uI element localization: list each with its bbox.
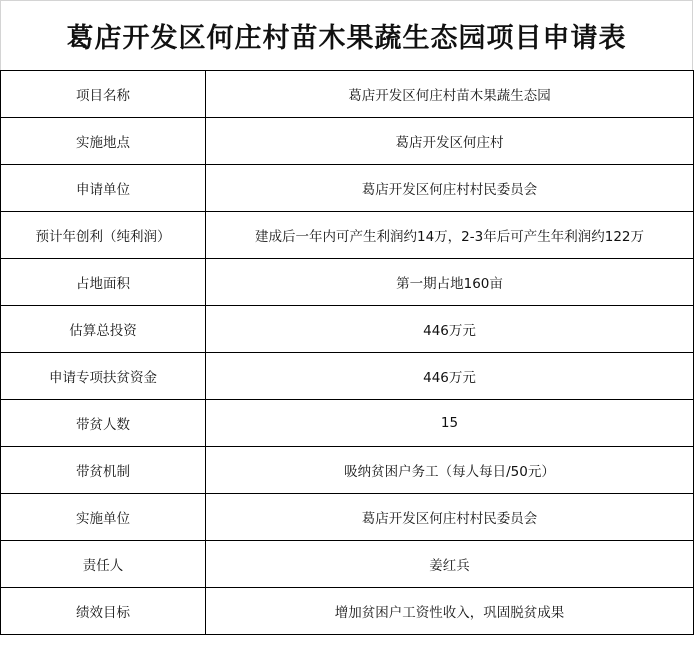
row-value: 吸纳贫困户务工（每人每日/50元） [206, 447, 694, 494]
table-row: 实施地点 葛店开发区何庄村 [1, 118, 694, 165]
row-label: 实施单位 [1, 494, 206, 541]
table-row: 申请单位 葛店开发区何庄村村民委员会 [1, 165, 694, 212]
row-label: 带贫人数 [1, 400, 206, 447]
document-title: 葛店开发区何庄村苗木果蔬生态园项目申请表 [67, 16, 627, 55]
table-row: 申请专项扶贫资金 446万元 [1, 353, 694, 400]
table-row: 带贫机制 吸纳贫困户务工（每人每日/50元） [1, 447, 694, 494]
table-row: 实施单位 葛店开发区何庄村村民委员会 [1, 494, 694, 541]
application-table: 项目名称 葛店开发区何庄村苗木果蔬生态园 实施地点 葛店开发区何庄村 申请单位 … [0, 70, 694, 635]
row-value: 15 [206, 400, 694, 447]
table-row: 估算总投资 446万元 [1, 306, 694, 353]
row-label: 带贫机制 [1, 447, 206, 494]
row-value: 葛店开发区何庄村村民委员会 [206, 494, 694, 541]
table-row: 占地面积 第一期占地160亩 [1, 259, 694, 306]
row-value: 葛店开发区何庄村村民委员会 [206, 165, 694, 212]
row-value: 增加贫困户工资性收入，巩固脱贫成果 [206, 588, 694, 635]
row-label: 估算总投资 [1, 306, 206, 353]
row-label: 项目名称 [1, 71, 206, 118]
row-label: 占地面积 [1, 259, 206, 306]
title-box: 葛店开发区何庄村苗木果蔬生态园项目申请表 [0, 0, 693, 70]
table-row: 带贫人数 15 [1, 400, 694, 447]
row-label: 绩效目标 [1, 588, 206, 635]
row-value: 446万元 [206, 306, 694, 353]
row-value: 第一期占地160亩 [206, 259, 694, 306]
table-row: 项目名称 葛店开发区何庄村苗木果蔬生态园 [1, 71, 694, 118]
row-label: 预计年创利（纯利润） [1, 212, 206, 259]
row-label: 责任人 [1, 541, 206, 588]
row-value: 姜红兵 [206, 541, 694, 588]
row-value: 葛店开发区何庄村 [206, 118, 694, 165]
row-value: 葛店开发区何庄村苗木果蔬生态园 [206, 71, 694, 118]
row-label: 申请单位 [1, 165, 206, 212]
table-row: 预计年创利（纯利润） 建成后一年内可产生利润约14万，2-3年后可产生年利润约1… [1, 212, 694, 259]
table-row: 绩效目标 增加贫困户工资性收入，巩固脱贫成果 [1, 588, 694, 635]
row-label: 实施地点 [1, 118, 206, 165]
table-row: 责任人 姜红兵 [1, 541, 694, 588]
row-label: 申请专项扶贫资金 [1, 353, 206, 400]
row-value: 建成后一年内可产生利润约14万，2-3年后可产生年利润约122万 [206, 212, 694, 259]
row-value: 446万元 [206, 353, 694, 400]
